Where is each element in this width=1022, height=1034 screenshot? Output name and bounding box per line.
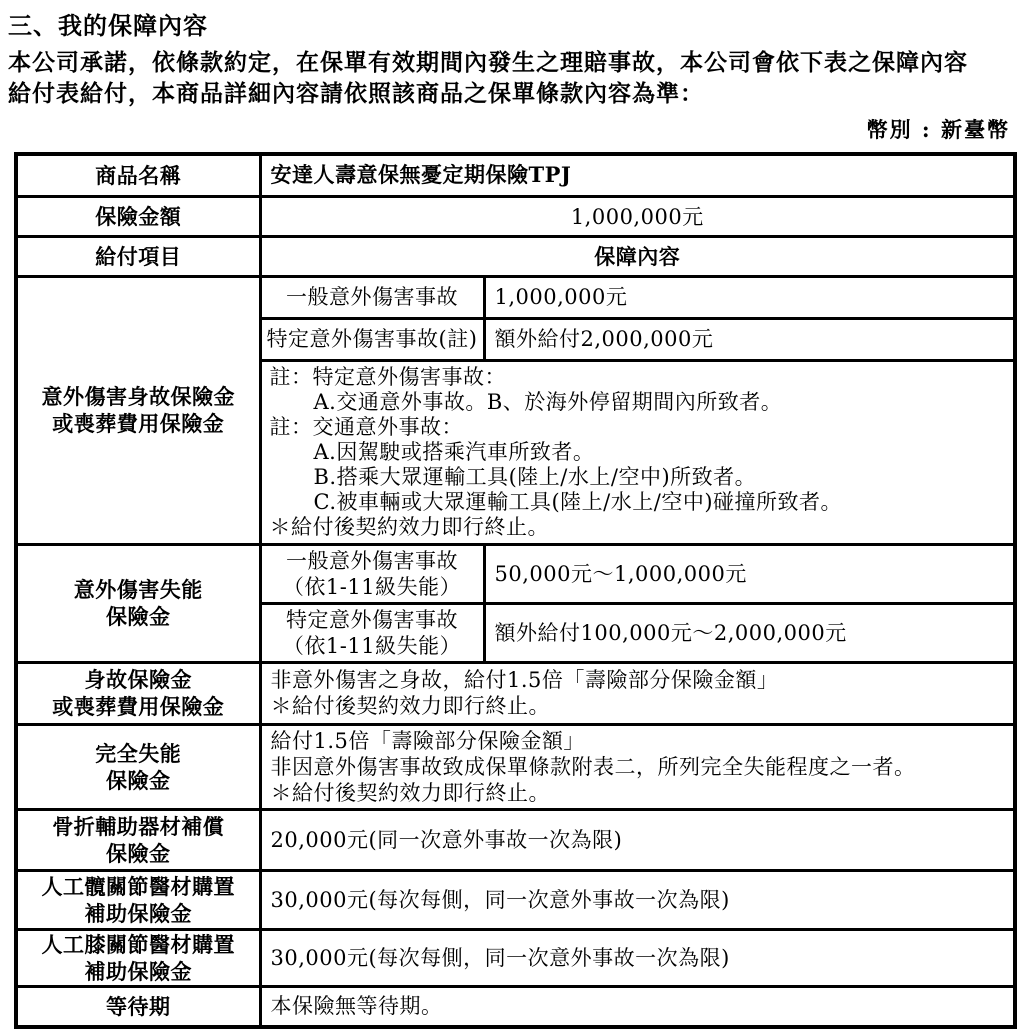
coverage-table: 商品名稱 安達人壽意保無憂定期保險TPJ 保險金額 1,000,000元 給付項…	[14, 152, 1017, 1029]
total-disability-label: 完全失能 保險金	[16, 724, 260, 809]
sum-insured-value: 1,000,000元	[260, 196, 1015, 236]
note-line: B.搭乘大眾運輸工具(陸上/水上/空中)所致者。	[270, 465, 1006, 490]
row-sum-insured: 保險金額 1,000,000元	[16, 196, 1015, 236]
row-hip-replacement: 人工髖關節醫材購置 補助保險金 30,000元(每次每側，同一次意外事故一次為限…	[16, 870, 1015, 929]
disability-general-label: 一般意外傷害事故 （依1-11級失能）	[260, 544, 484, 603]
total-disability-value: 給付1.5倍「壽險部分保險金額」 非因意外傷害事故致成保單條款附表二，所列完全失…	[260, 724, 1015, 809]
accident-specific-label: 特定意外傷害事故(註)	[260, 318, 484, 360]
disability-general-value: 50,000元～1,000,000元	[484, 544, 1015, 603]
row-disability-general: 意外傷害失能 保險金 一般意外傷害事故 （依1-11級失能） 50,000元～1…	[16, 544, 1015, 603]
knee-replacement-value: 30,000元(每次每側，同一次意外事故一次為限)	[260, 929, 1015, 986]
currency-note: 幣別 : 新臺幣	[8, 114, 1010, 144]
sum-insured-label: 保險金額	[16, 196, 260, 236]
note-line: A.因駕駛或搭乘汽車所致者。	[270, 440, 1006, 465]
row-death-benefit: 身故保險金 或喪葬費用保險金 非意外傷害之身故，給付1.5倍「壽險部分保險金額」…	[16, 662, 1015, 724]
hip-replacement-label: 人工髖關節醫材購置 補助保險金	[16, 870, 260, 929]
coverage-content-header: 保障內容	[260, 236, 1015, 276]
intro-paragraph: 本公司承諾，依條款約定，在保單有效期間內發生之理賠事故，本公司會依下表之保障內容…	[8, 47, 1016, 109]
fracture-aid-value: 20,000元(同一次意外事故一次為限)	[260, 809, 1015, 870]
row-accident-death-general: 意外傷害身故保險金 或喪葬費用保險金 一般意外傷害事故 1,000,000元	[16, 276, 1015, 318]
row-waiting-period: 等待期 本保險無等待期。	[16, 986, 1015, 1027]
waiting-period-value: 本保險無等待期。	[260, 986, 1015, 1027]
death-benefit-label: 身故保險金 或喪葬費用保險金	[16, 662, 260, 724]
disability-specific-value: 額外給付100,000元～2,000,000元	[484, 603, 1015, 662]
accident-specific-value: 額外給付2,000,000元	[484, 318, 1015, 360]
accident-death-label: 意外傷害身故保險金 或喪葬費用保險金	[16, 276, 260, 544]
hip-replacement-value: 30,000元(每次每側，同一次意外事故一次為限)	[260, 870, 1015, 929]
product-name-label: 商品名稱	[16, 154, 260, 196]
section-title: 三、我的保障內容	[8, 6, 1014, 41]
row-benefit-header: 給付項目 保障內容	[16, 236, 1015, 276]
row-product: 商品名稱 安達人壽意保無憂定期保險TPJ	[16, 154, 1015, 196]
death-benefit-value: 非意外傷害之身故，給付1.5倍「壽險部分保險金額」 ＊給付後契約效力即行終止。	[260, 662, 1015, 724]
disability-label: 意外傷害失能 保險金	[16, 544, 260, 662]
note-line: C.被車輛或大眾運輸工具(陸上/水上/空中)碰撞所致者。	[270, 490, 1006, 515]
waiting-period-label: 等待期	[16, 986, 260, 1027]
note-line: ＊給付後契約效力即行終止。	[270, 515, 1006, 540]
accident-general-value: 1,000,000元	[484, 276, 1015, 318]
note-line: 註：交通意外事故：	[270, 415, 1006, 440]
row-knee-replacement: 人工膝關節醫材購置 補助保險金 30,000元(每次每側，同一次意外事故一次為限…	[16, 929, 1015, 986]
benefit-item-header: 給付項目	[16, 236, 260, 276]
fracture-aid-label: 骨折輔助器材補償 保險金	[16, 809, 260, 870]
row-fracture-aid: 骨折輔助器材補償 保險金 20,000元(同一次意外事故一次為限)	[16, 809, 1015, 870]
accident-general-label: 一般意外傷害事故	[260, 276, 484, 318]
row-total-disability: 完全失能 保險金 給付1.5倍「壽險部分保險金額」 非因意外傷害事故致成保單條款…	[16, 724, 1015, 809]
knee-replacement-label: 人工膝關節醫材購置 補助保險金	[16, 929, 260, 986]
note-line: A.交通意外事故。B、於海外停留期間內所致者。	[270, 390, 1006, 415]
note-line: 註：特定意外傷害事故：	[270, 365, 1006, 390]
accident-notes-cell: 註：特定意外傷害事故： A.交通意外事故。B、於海外停留期間內所致者。 註：交通…	[260, 360, 1015, 544]
product-name-value: 安達人壽意保無憂定期保險TPJ	[260, 154, 1015, 196]
document-page: 三、我的保障內容 本公司承諾，依條款約定，在保單有效期間內發生之理賠事故，本公司…	[0, 0, 1022, 1029]
disability-specific-label: 特定意外傷害事故 （依1-11級失能）	[260, 603, 484, 662]
